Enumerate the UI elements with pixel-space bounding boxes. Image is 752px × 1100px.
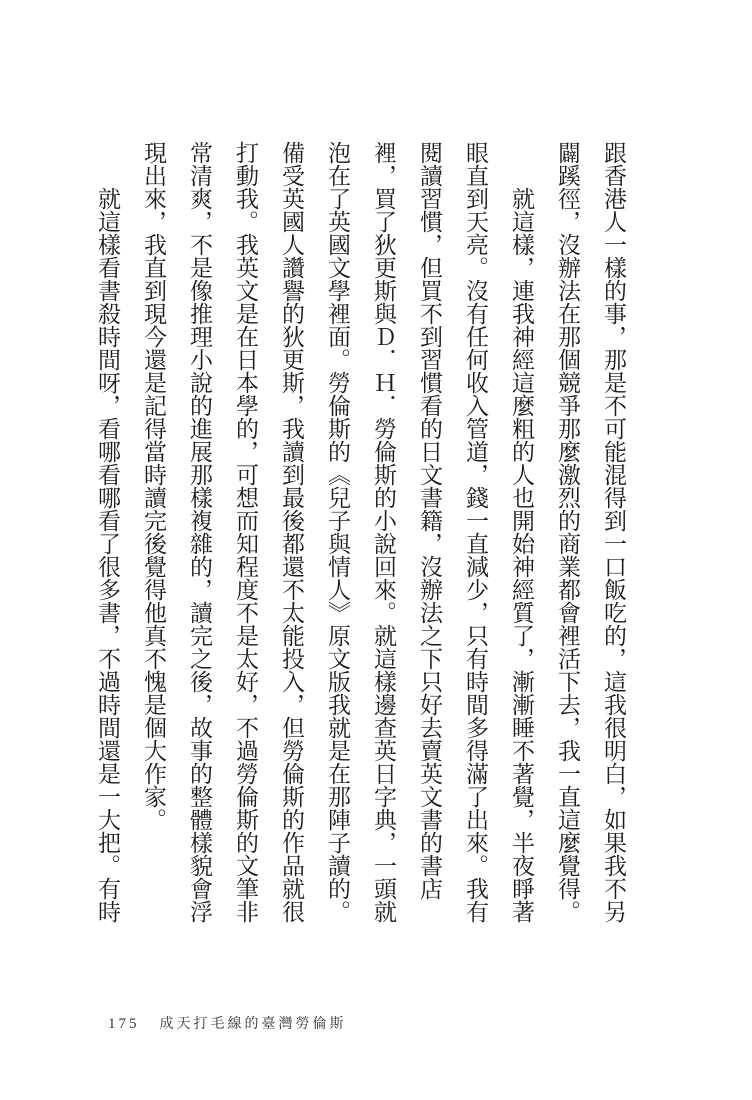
paragraph-3: 就這樣看書殺時間呀，看哪看哪看了很多書，不過時間還是一大把。有時 (84, 141, 130, 931)
page-number: 175 (108, 1016, 140, 1033)
paragraph-2: 就這樣，連我神經這麼粗的人也開始神經質了，漸漸睡不著覺，半夜睜著眼直到天亮。沒有… (130, 141, 544, 931)
running-title: 成天打毛線的臺灣勞倫斯 (160, 1013, 347, 1033)
paragraph-1: 跟香港人一樣的事，那是不可能混得到一口飯吃的，這我很明白，如果我不另闢蹊徑，沒辦… (544, 141, 636, 931)
page-footer: 175 成天打毛線的臺灣勞倫斯 (108, 1013, 347, 1033)
vertical-text-body: 跟香港人一樣的事，那是不可能混得到一口飯吃的，這我很明白，如果我不另闢蹊徑，沒辦… (84, 141, 636, 931)
